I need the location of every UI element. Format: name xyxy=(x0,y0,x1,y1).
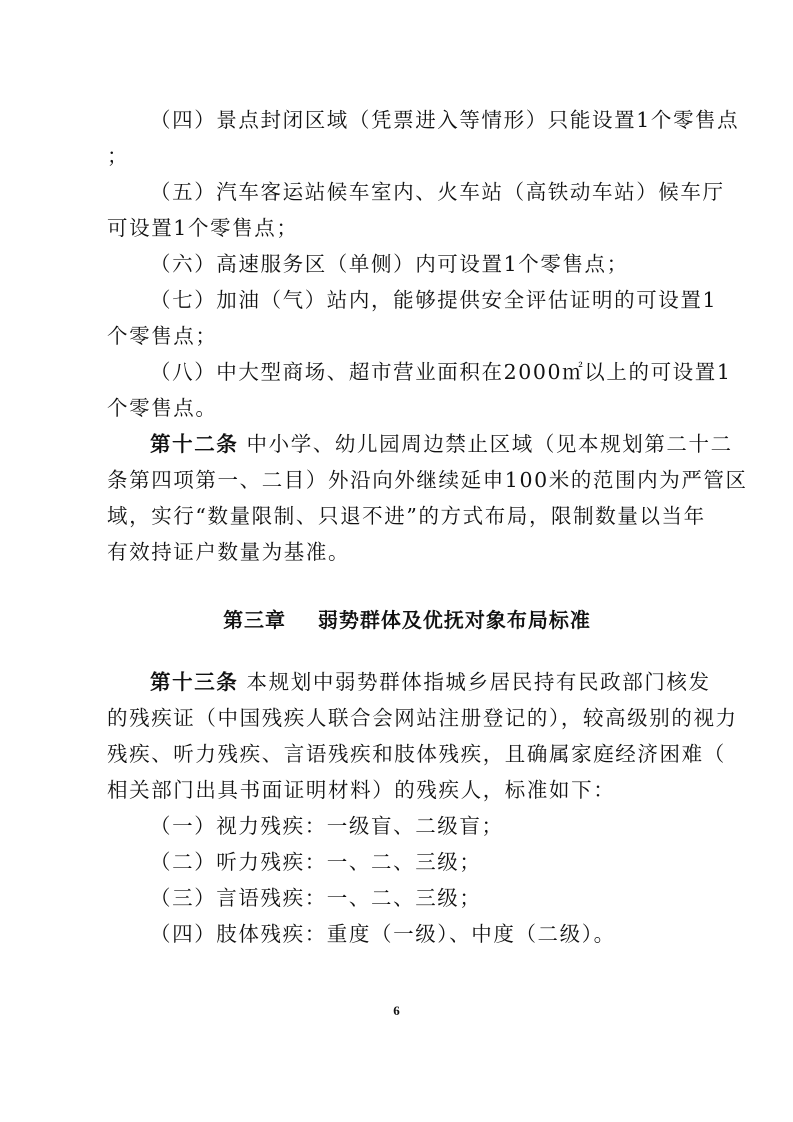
paragraph-line: （五）汽车客运站候车室内、火车站（高铁动车站）候车厅 xyxy=(107,174,707,210)
chapter-heading: 第三章 弱势群体及优抚对象布局标准 xyxy=(107,602,707,638)
spacer xyxy=(107,638,707,664)
paragraph-line: （四）景点封闭区域（凭票进入等情形）只能设置1个零售点 xyxy=(107,102,707,138)
article-13-first-line: 第十三条 本规划中弱势群体指城乡居民持有民政部门核发 xyxy=(107,664,707,700)
article-13-label: 第十三条 xyxy=(150,670,238,694)
article-13-line: 的残疾证（中国残疾人联合会网站注册登记的），较高级别的视力 xyxy=(107,700,707,736)
list-item: （三）言语残疾：一、二、三级； xyxy=(107,880,707,916)
spacer xyxy=(107,570,707,602)
article-12-line: 域，实行“数量限制、只退不进”的方式布局，限制数量以当年 xyxy=(107,498,707,534)
paragraph-line: 个零售点； xyxy=(107,318,707,354)
paragraph-line: （八）中大型商场、超市营业面积在2000㎡以上的可设置1 xyxy=(107,354,707,390)
document-page: （四）景点封闭区域（凭票进入等情形）只能设置1个零售点 ； （五）汽车客运站候车… xyxy=(107,102,707,952)
list-item: （四）肢体残疾：重度（一级）、中度（二级）。 xyxy=(107,916,707,952)
article-12-label: 第十二条 xyxy=(150,432,238,456)
paragraph-line: 可设置1个零售点； xyxy=(107,210,707,246)
chapter-number: 第三章 xyxy=(223,608,286,632)
paragraph-line: （七）加油（气）站内，能够提供安全评估证明的可设置1 xyxy=(107,282,707,318)
paragraph-line: 个零售点。 xyxy=(107,390,707,426)
paragraph-line: ； xyxy=(107,138,707,174)
list-item: （一）视力残疾：一级盲、二级盲； xyxy=(107,808,707,844)
paragraph-line: （六）高速服务区（单侧）内可设置1个零售点； xyxy=(107,246,707,282)
article-12-line: 有效持证户数量为基准。 xyxy=(107,534,707,570)
article-13-line: 相关部门出具书面证明材料）的残疾人，标准如下： xyxy=(107,772,707,808)
page-number: 6 xyxy=(0,1003,793,1019)
list-item: （二）听力残疾：一、二、三级； xyxy=(107,844,707,880)
article-13-text: 本规划中弱势群体指城乡居民持有民政部门核发 xyxy=(238,670,710,694)
article-12-line: 条第四项第一、二目）外沿向外继续延申100米的范围内为严管区 xyxy=(107,462,707,498)
chapter-title: 弱势群体及优抚对象布局标准 xyxy=(318,608,591,632)
article-12-text: 中小学、幼儿园周边禁止区域（见本规划第二十二 xyxy=(238,432,732,456)
article-13-line: 残疾、听力残疾、言语残疾和肢体残疾，且确属家庭经济困难（ xyxy=(107,736,707,772)
article-12-first-line: 第十二条 中小学、幼儿园周边禁止区域（见本规划第二十二 xyxy=(107,426,707,462)
